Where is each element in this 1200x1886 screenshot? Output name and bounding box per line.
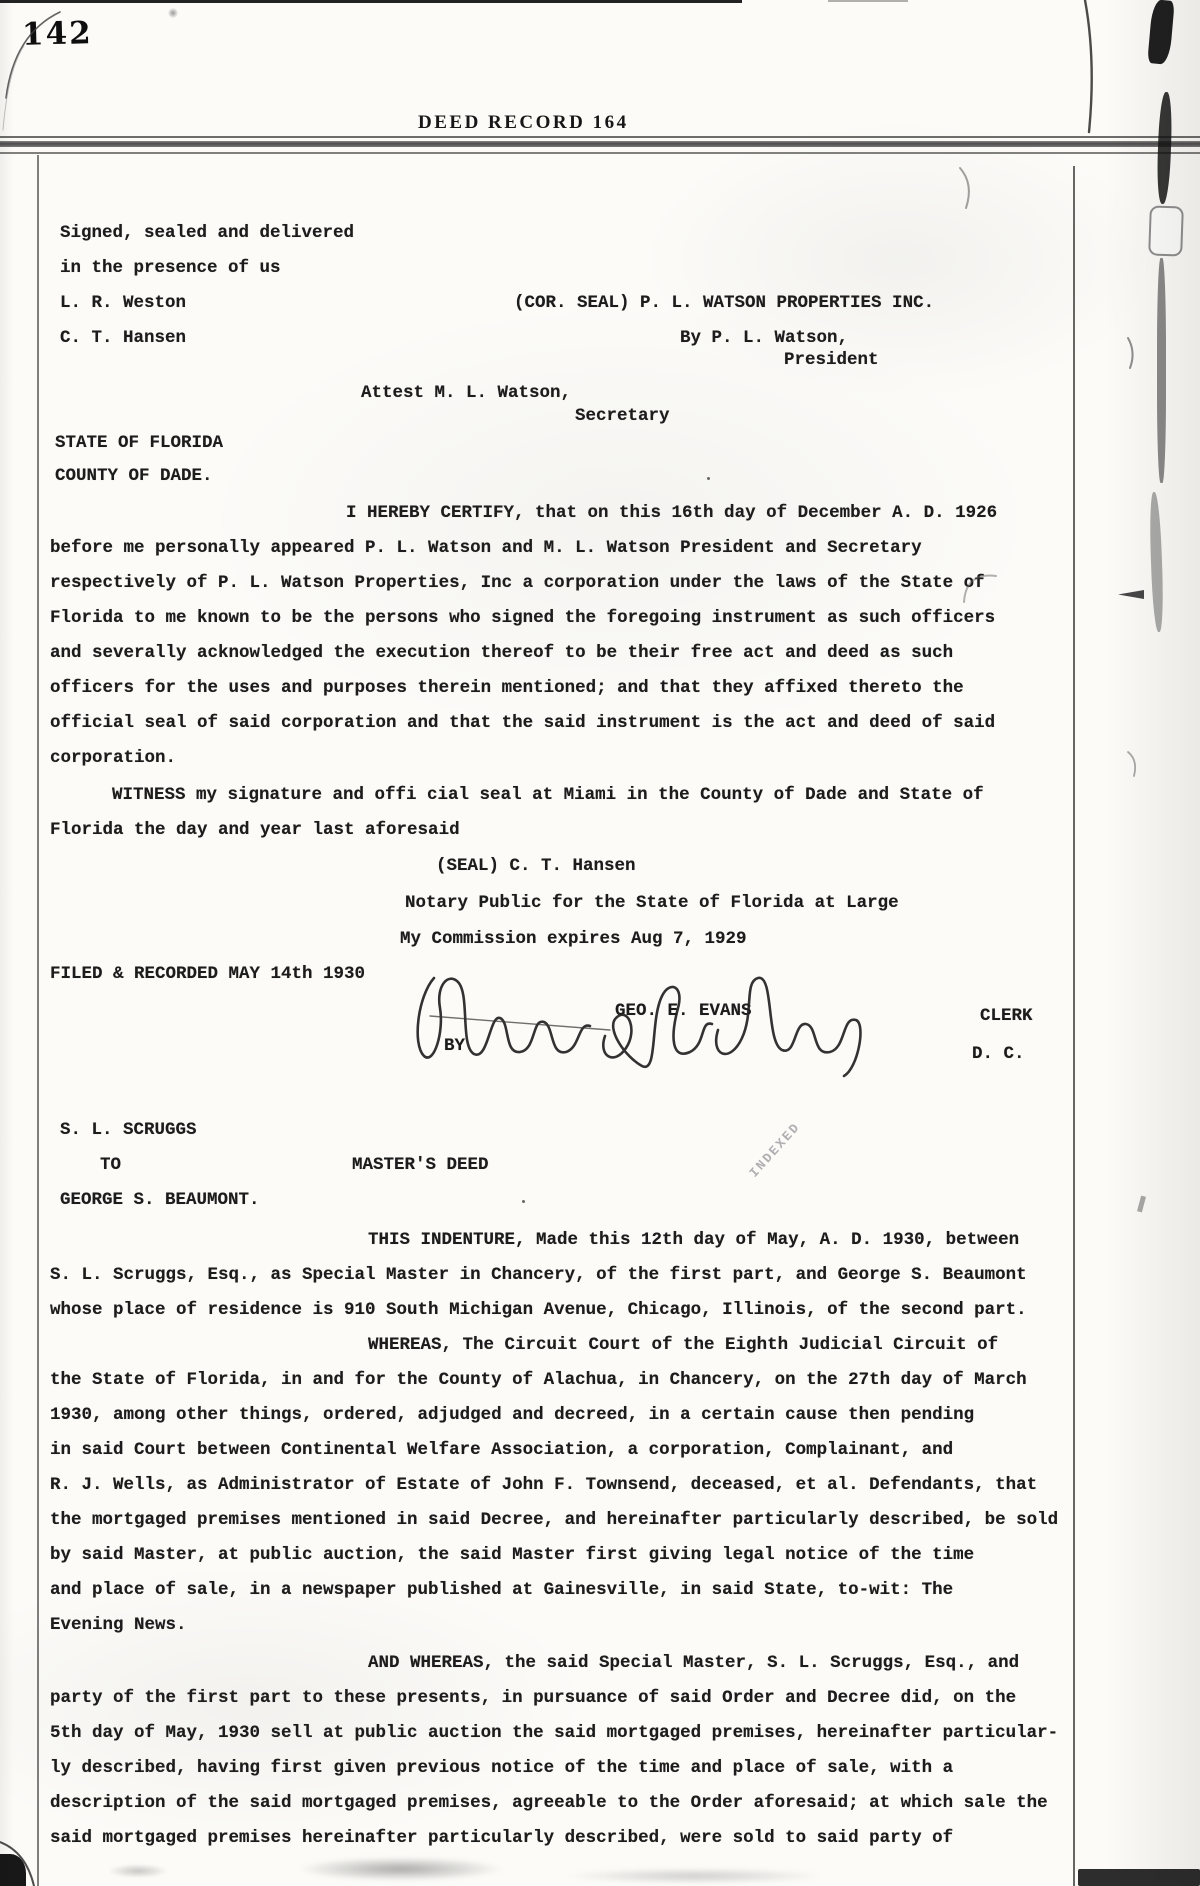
scan-artifact-stray-dot-1 — [707, 477, 710, 480]
text-line: COUNTY OF DADE. — [55, 468, 213, 486]
text-line: said mortgaged premises hereinafter part… — [50, 1830, 953, 1848]
scan-artifact-bottom-smear-1 — [298, 1857, 503, 1881]
scan-artifact-dust-dot — [168, 8, 178, 18]
text-line: description of the said mortgaged premis… — [50, 1795, 1048, 1813]
scan-artifact-edge-tick — [1137, 1196, 1146, 1213]
text-line: ly described, having first given previou… — [50, 1760, 953, 1778]
text-line: Florida the day and year last aforesaid — [50, 822, 460, 840]
scan-artifact-binding-streak-2 — [1156, 92, 1173, 204]
text-line: STATE OF FLORIDA — [55, 435, 223, 453]
text-line: WHEREAS, The Circuit Court of the Eighth… — [368, 1337, 998, 1355]
text-line: and place of sale, in a newspaper publis… — [50, 1582, 953, 1600]
text-line: in the presence of us — [60, 260, 281, 278]
left-margin-rule — [37, 155, 39, 1886]
text-line: in said Court between Continental Welfar… — [50, 1442, 953, 1460]
text-line: the mortgaged premises mentioned in said… — [50, 1512, 1058, 1530]
text-line: Notary Public for the State of Florida a… — [405, 895, 899, 913]
right-margin-rule — [1073, 166, 1075, 1886]
grantee-name: GEORGE S. BEAUMONT. — [60, 1192, 260, 1210]
text-line: Secretary — [575, 408, 670, 426]
clerk-signature — [400, 956, 870, 1086]
text-line: the State of Florida, in and for the Cou… — [50, 1372, 1027, 1390]
scan-artifact-stray-dot-2 — [522, 1200, 525, 1203]
text-line: whose place of residence is 910 South Mi… — [50, 1302, 1027, 1320]
text-line: My Commission expires Aug 7, 1929 — [400, 931, 747, 949]
page-header-title: DEED RECORD 164 — [418, 112, 629, 134]
indexed-stamp: INDEXED — [746, 1119, 803, 1180]
text-line: 5th day of May, 1930 sell at public auct… — [50, 1725, 1058, 1743]
text-line: party of the first part to these present… — [50, 1690, 1016, 1708]
to-label: TO — [100, 1157, 121, 1175]
instrument-type-title: MASTER'S DEED — [352, 1157, 489, 1175]
header-rule-thick-band — [0, 141, 1200, 147]
text-line: Attest M. L. Watson, — [361, 385, 571, 403]
text-line: 1930, among other things, ordered, adjud… — [50, 1407, 974, 1425]
scan-artifact-binding-streak-4 — [1149, 492, 1165, 632]
text-line: Evening News. — [50, 1617, 187, 1635]
grantor-name: S. L. SCRUGGS — [60, 1122, 197, 1140]
text-line: respectively of P. L. Watson Properties,… — [50, 575, 985, 593]
scan-artifact-bottom-smear-3 — [108, 1864, 168, 1878]
scan-artifact-binding-streak-3 — [1157, 258, 1166, 483]
text-line: President — [784, 352, 879, 370]
text-line: officers for the uses and purposes there… — [50, 680, 964, 698]
text-line: and severally acknowledged the execution… — [50, 645, 953, 663]
filed-recorded-line: FILED & RECORDED MAY 14th 1930 — [50, 966, 365, 984]
text-line: THIS INDENTURE, Made this 12th day of Ma… — [368, 1232, 1019, 1250]
clerk-label: CLERK — [980, 1008, 1033, 1026]
scan-artifact-top-edge-line-2 — [828, 0, 908, 2]
text-line: C. T. Hansen — [60, 330, 186, 348]
page-number: 142 — [22, 15, 94, 53]
scan-artifact-paper-fold — [1148, 205, 1184, 256]
scan-artifact-binding-streak-1 — [1147, 0, 1174, 65]
text-line: I HEREBY CERTIFY, that on this 16th day … — [346, 505, 997, 523]
text-line: R. J. Wells, as Administrator of Estate … — [50, 1477, 1037, 1495]
deed-record-page: 142 DEED RECORD 164 Signed, sealed and d… — [0, 0, 1200, 1886]
text-line: before me personally appeared P. L. Wats… — [50, 540, 922, 558]
deputy-clerk-label: D. C. — [972, 1046, 1025, 1064]
text-line: AND WHEREAS, the said Special Master, S.… — [368, 1655, 1019, 1673]
text-line: Signed, sealed and delivered — [60, 225, 354, 243]
scan-artifact-bottom-smear-2 — [565, 1868, 825, 1884]
text-line: WITNESS my signature and offi cial seal … — [112, 787, 984, 805]
scan-artifact-bottom-left-corner — [0, 1854, 26, 1886]
scan-artifact-top-edge-line — [0, 0, 742, 3]
text-line: (SEAL) C. T. Hansen — [436, 858, 636, 876]
scan-artifact-arrow-mark — [1118, 590, 1144, 599]
header-rule-thin-top — [0, 136, 1200, 138]
text-line: S. L. Scruggs, Esq., as Special Master i… — [50, 1267, 1027, 1285]
text-line: official seal of said corporation and th… — [50, 715, 995, 733]
text-line: corporation. — [50, 750, 176, 768]
header-rule-thin-bottom — [0, 152, 1200, 154]
text-line: (COR. SEAL) P. L. WATSON PROPERTIES INC. — [514, 295, 934, 313]
text-line: L. R. Weston — [60, 295, 186, 313]
scan-artifact-bottom-right-band — [1078, 1869, 1200, 1886]
text-line: by said Master, at public auction, the s… — [50, 1547, 974, 1565]
text-line: Florida to me known to be the persons wh… — [50, 610, 995, 628]
text-line: By P. L. Watson, — [680, 330, 848, 348]
